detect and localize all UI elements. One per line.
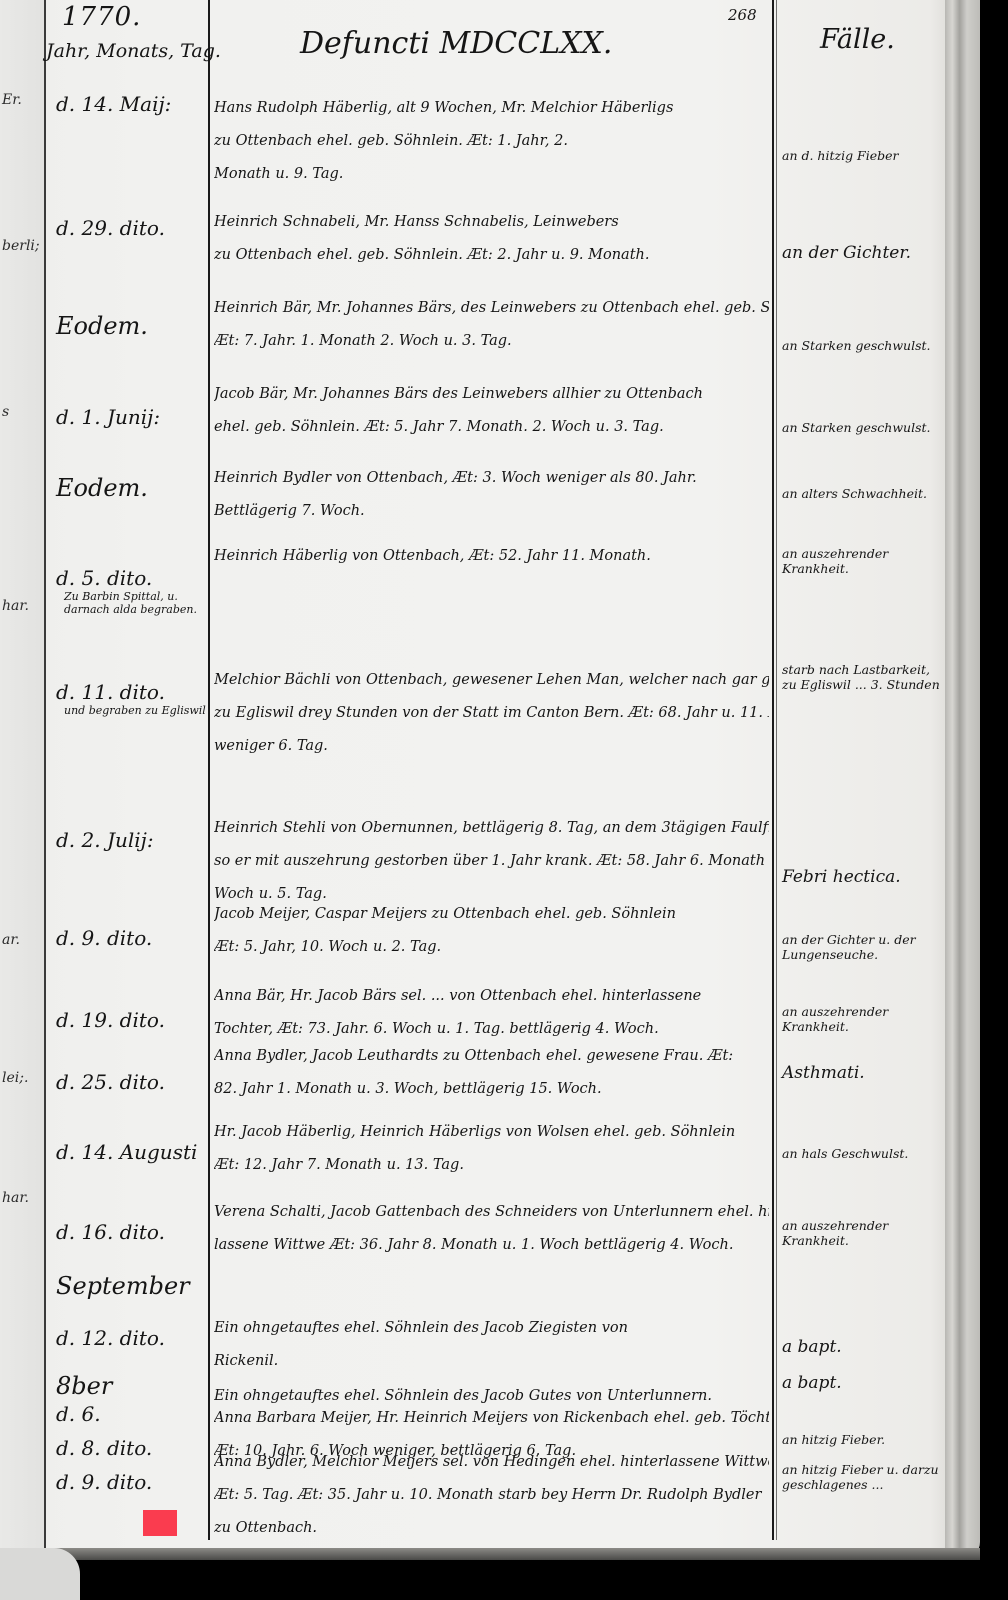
entry-text: Ein ohngetauftes ehel. Söhnlein des Jaco…	[214, 1312, 769, 1378]
date-column-header: Jahr, Monats, Tag.	[46, 40, 221, 62]
entry-line: Anna Barbara Meijer, Hr. Heinrich Meijer…	[214, 1402, 769, 1435]
entry-date-text: d. 9. dito.	[56, 1470, 152, 1494]
entry-date: d. 9. dito.	[56, 926, 152, 950]
cause-of-death: an auszehrender Krankheit.	[782, 1004, 947, 1034]
entry-line: Monath u. 9. Tag.	[214, 158, 769, 191]
cause-of-death: an Starken geschwulst.	[782, 338, 947, 353]
margin-fragment: Er.	[2, 92, 22, 108]
entry-date-text: d. 11. dito.	[56, 680, 165, 704]
entry-date: d. 19. dito.	[56, 1008, 165, 1032]
column-rule-date	[208, 0, 210, 1540]
margin-fragment: har.	[2, 1190, 29, 1206]
entry-text: Anna Bydler, Melchior Meijers sel. von H…	[214, 1446, 769, 1545]
margin-fragment: lei;.	[2, 1070, 28, 1086]
entry-line: Heinrich Schnabeli, Mr. Hanss Schnabelis…	[214, 206, 769, 239]
entry-line: 82. Jahr 1. Monath u. 3. Woch, bettläger…	[214, 1073, 769, 1106]
cause-of-death: Asthmati.	[782, 1066, 947, 1081]
entry-date-text: Eodem.	[56, 474, 148, 502]
entry-text: Hr. Jacob Häberlig, Heinrich Häberligs v…	[214, 1116, 769, 1182]
entry-text: Heinrich Häberlig von Ottenbach, Æt: 52.…	[214, 540, 769, 573]
entry-date-text: d. 9. dito.	[56, 926, 152, 950]
cause-of-death: Febri hectica.	[782, 870, 947, 885]
page-curl	[0, 1548, 80, 1600]
entry-text: Melchior Bächli von Ottenbach, gewesener…	[214, 664, 769, 763]
cause-of-death: an der Gichter u. der Lungenseuche.	[782, 932, 947, 962]
entry-line: Anna Bär, Hr. Jacob Bärs sel. ... von Ot…	[214, 980, 769, 1013]
entry-line: lassene Wittwe Æt: 36. Jahr 8. Monath u.…	[214, 1229, 769, 1262]
entry-date: d. 16. dito.	[56, 1220, 165, 1244]
cause-of-death: starb nach Lastbarkeit, zu Egliswil ... …	[782, 662, 947, 692]
entry-line: Bettlägerig 7. Woch.	[214, 495, 769, 528]
entry-date-text: d. 1. Junij:	[56, 405, 160, 429]
entry-line: Ein ohngetauftes ehel. Söhnlein des Jaco…	[214, 1312, 769, 1345]
entry-date-note: und begraben zu Egliswil	[64, 704, 214, 717]
entry-line: weniger 6. Tag.	[214, 730, 769, 763]
entry-text: Jacob Bär, Mr. Johannes Bärs des Leinweb…	[214, 378, 769, 444]
cause-of-death: a bapt.	[782, 1340, 947, 1355]
entry-line: Hr. Jacob Häberlig, Heinrich Häberligs v…	[214, 1116, 769, 1149]
cause-column-header: Fälle.	[820, 24, 895, 55]
page-edge-right	[945, 0, 967, 1548]
cause-of-death: an hitzig Fieber.	[782, 1432, 947, 1447]
entry-text: Hans Rudolph Häberlig, alt 9 Wochen, Mr.…	[214, 92, 769, 191]
cause-of-death: an alters Schwachheit.	[782, 486, 947, 501]
entry-text: Heinrich Bär, Mr. Johannes Bärs, des Lei…	[214, 292, 769, 358]
facing-page-edge	[0, 0, 46, 1548]
margin-fragment: har.	[2, 598, 29, 614]
entry-date: 8ber	[56, 1372, 112, 1400]
entry-line: Æt: 5. Jahr, 10. Woch u. 2. Tag.	[214, 931, 769, 964]
page-title: Defuncti MDCCLXX.	[300, 26, 612, 61]
page-bottom-edge	[0, 1548, 980, 1560]
entry-text: Jacob Meijer, Caspar Meijers zu Ottenbac…	[214, 898, 769, 964]
page-number: 268	[728, 6, 757, 24]
entry-date: d. 5. dito.Zu Barbin Spittal, u. darnach…	[56, 566, 214, 616]
entry-date: d. 11. dito.und begraben zu Egliswil	[56, 680, 214, 717]
entry-line: Anna Bydler, Jacob Leuthardts zu Ottenba…	[214, 1040, 769, 1073]
entry-line: zu Egliswil drey Stunden von der Statt i…	[214, 697, 769, 730]
entry-text: Verena Schalti, Jacob Gattenbach des Sch…	[214, 1196, 769, 1262]
entry-line: ehel. geb. Söhnlein. Æt: 5. Jahr 7. Mona…	[214, 411, 769, 444]
margin-fragment: berli;	[2, 238, 40, 254]
cause-of-death: a bapt.	[782, 1376, 947, 1391]
entry-date: d. 25. dito.	[56, 1070, 165, 1094]
entry-date: d. 9. dito.	[56, 1470, 152, 1494]
entry-line: Hans Rudolph Häberlig, alt 9 Wochen, Mr.…	[214, 92, 769, 125]
entry-line: Heinrich Stehli von Obernunnen, bettläge…	[214, 812, 769, 845]
cause-of-death: an d. hitzig Fieber	[782, 148, 947, 163]
entry-date: d. 8. dito.	[56, 1436, 152, 1460]
entry-date: d. 12. dito.	[56, 1326, 165, 1350]
entry-date: d. 29. dito.	[56, 216, 165, 240]
entry-date: d. 6.	[56, 1402, 101, 1426]
entry-date-text: 8ber	[56, 1372, 112, 1400]
cause-of-death: an auszehrender Krankheit.	[782, 546, 947, 576]
entry-line: Verena Schalti, Jacob Gattenbach des Sch…	[214, 1196, 769, 1229]
cause-of-death: an Starken geschwulst.	[782, 420, 947, 435]
entry-date-text: d. 5. dito.	[56, 566, 152, 590]
entry-text: Anna Bär, Hr. Jacob Bärs sel. ... von Ot…	[214, 980, 769, 1046]
entry-line: Rickenil.	[214, 1345, 769, 1378]
entry-line: Æt: 5. Tag. Æt: 35. Jahr u. 10. Monath s…	[214, 1479, 769, 1512]
entry-text: Anna Bydler, Jacob Leuthardts zu Ottenba…	[214, 1040, 769, 1106]
entry-line: zu Ottenbach ehel. geb. Söhnlein. Æt: 1.…	[214, 125, 769, 158]
entry-line: Æt: 12. Jahr 7. Monath u. 13. Tag.	[214, 1149, 769, 1182]
margin-fragment: ar.	[2, 932, 20, 948]
year-heading: 1770.	[62, 2, 141, 32]
annotation-marker	[143, 1510, 177, 1536]
cause-of-death: an der Gichter.	[782, 246, 947, 261]
entry-date: d. 2. Julij:	[56, 828, 154, 852]
entry-date: Eodem.	[56, 312, 148, 340]
cause-of-death: an auszehrender Krankheit.	[782, 1218, 947, 1248]
entry-line: Melchior Bächli von Ottenbach, gewesener…	[214, 664, 769, 697]
entry-date-text: d. 6.	[56, 1402, 101, 1426]
entry-date-text: d. 2. Julij:	[56, 828, 154, 852]
entry-line: Jacob Meijer, Caspar Meijers zu Ottenbac…	[214, 898, 769, 931]
cause-of-death: an hitzig Fieber u. darzu geschlagenes .…	[782, 1462, 947, 1492]
entry-line: zu Ottenbach.	[214, 1512, 769, 1545]
entry-text: Heinrich Stehli von Obernunnen, bettläge…	[214, 812, 769, 911]
entry-date-text: Eodem.	[56, 312, 148, 340]
entry-line: Anna Bydler, Melchior Meijers sel. von H…	[214, 1446, 769, 1479]
register-page: 1770. Jahr, Monats, Tag. Defuncti MDCCLX…	[0, 0, 980, 1560]
entry-line: Æt: 7. Jahr. 1. Monath 2. Woch u. 3. Tag…	[214, 325, 769, 358]
entry-date: d. 14. Augusti	[56, 1140, 197, 1164]
entry-date-text: d. 12. dito.	[56, 1326, 165, 1350]
entry-line: zu Ottenbach ehel. geb. Söhnlein. Æt: 2.…	[214, 239, 769, 272]
entry-line: Heinrich Bär, Mr. Johannes Bärs, des Lei…	[214, 292, 769, 325]
column-rule-cause	[772, 0, 774, 1540]
column-rule-cause-double	[776, 0, 777, 1540]
entry-date-text: d. 8. dito.	[56, 1436, 152, 1460]
entry-date: Eodem.	[56, 474, 148, 502]
entry-line: so er mit auszehrung gestorben über 1. J…	[214, 845, 769, 878]
entry-date: d. 1. Junij:	[56, 405, 160, 429]
entry-date-text: d. 19. dito.	[56, 1008, 165, 1032]
entry-date-text: d. 25. dito.	[56, 1070, 165, 1094]
entry-date: September	[56, 1272, 190, 1300]
entry-date-note: Zu Barbin Spittal, u. darnach alda begra…	[64, 590, 214, 616]
entry-date: d. 14. Maij:	[56, 92, 171, 116]
entry-text: Heinrich Bydler von Ottenbach, Æt: 3. Wo…	[214, 462, 769, 528]
entry-line: Heinrich Bydler von Ottenbach, Æt: 3. Wo…	[214, 462, 769, 495]
entry-text: Heinrich Schnabeli, Mr. Hanss Schnabelis…	[214, 206, 769, 272]
entry-line: Jacob Bär, Mr. Johannes Bärs des Leinweb…	[214, 378, 769, 411]
entry-date-text: d. 14. Augusti	[56, 1140, 197, 1164]
entry-date-text: September	[56, 1272, 190, 1300]
entry-date-text: d. 16. dito.	[56, 1220, 165, 1244]
entry-date-text: d. 29. dito.	[56, 216, 165, 240]
entry-line: Heinrich Häberlig von Ottenbach, Æt: 52.…	[214, 540, 769, 573]
cause-of-death: an hals Geschwulst.	[782, 1146, 947, 1161]
entry-date-text: d. 14. Maij:	[56, 92, 171, 116]
margin-fragment: s	[2, 404, 9, 420]
